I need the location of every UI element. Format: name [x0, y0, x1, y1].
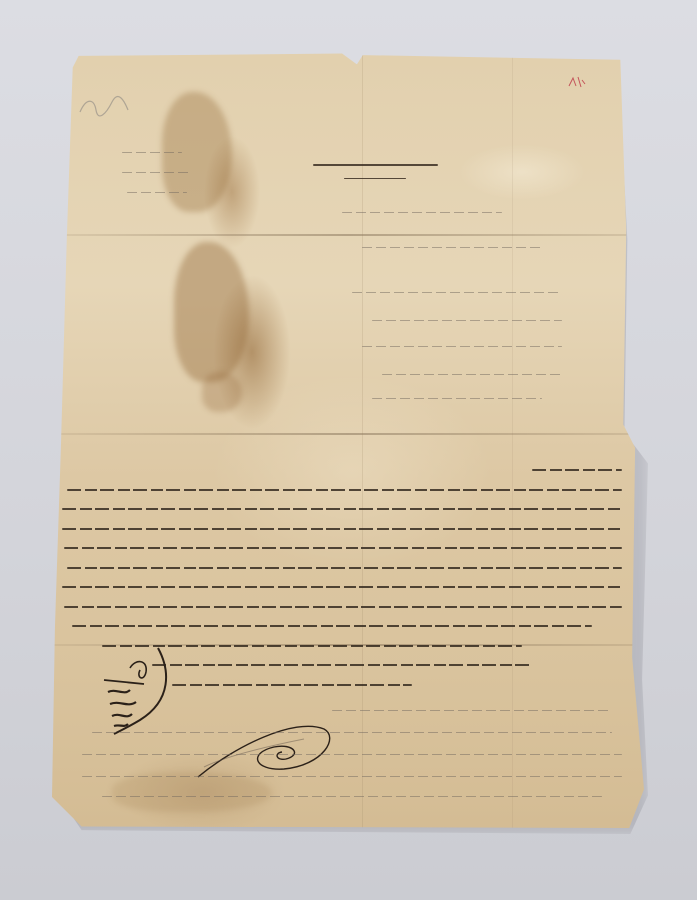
text-line — [62, 460, 622, 480]
document-paper: Faint pencil annotation, upper left Smal… — [52, 52, 644, 828]
text-line — [62, 499, 622, 519]
red-ink-mark — [567, 74, 587, 90]
fold-line-2 — [52, 433, 644, 435]
text-line — [62, 519, 622, 539]
faint-text-lower — [72, 692, 632, 812]
text-line — [62, 480, 622, 500]
text-line — [62, 558, 622, 578]
text-line — [62, 597, 622, 617]
text-line — [62, 538, 622, 558]
text-line — [62, 616, 622, 636]
photo-scene: Faint pencil annotation, upper left Smal… — [0, 0, 697, 900]
faint-text-upper: Faded lines of pale handwriting (upper p… — [122, 92, 602, 422]
text-line — [62, 577, 622, 597]
